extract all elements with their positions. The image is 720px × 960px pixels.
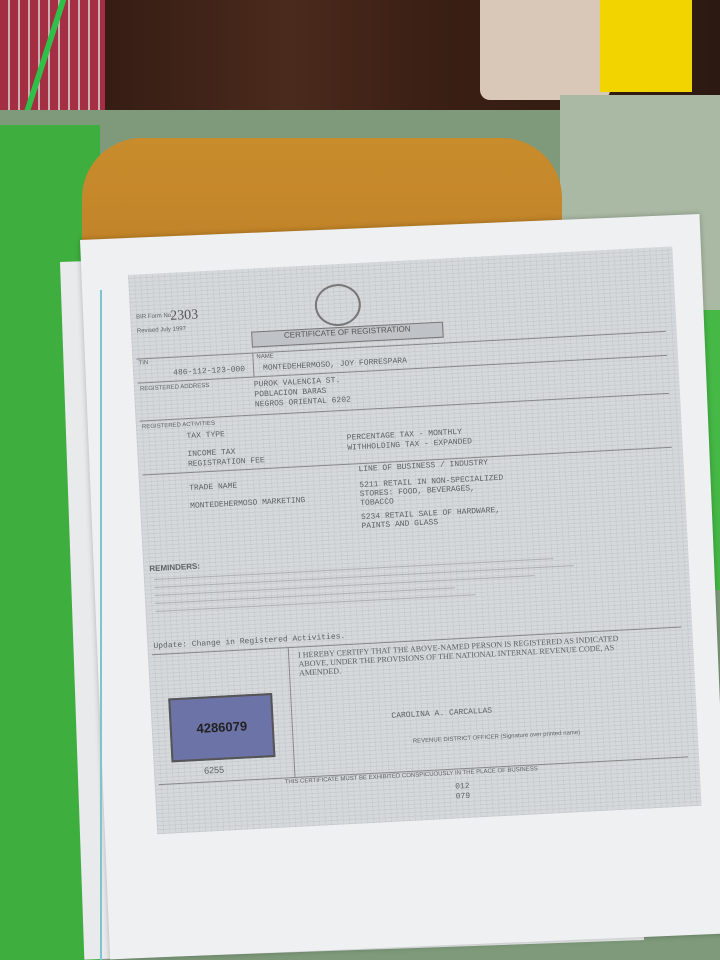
certify-text: I HEREBY CERTIFY THAT THE ABOVE-NAMED PE… xyxy=(298,633,629,677)
lob-item: 5234 RETAIL SALE OF HARDWARE, PAINTS AND… xyxy=(361,505,512,531)
handwritten-number: 6255 xyxy=(204,765,225,776)
officer-label: REVENUE DISTRICT OFFICER (Signature over… xyxy=(413,730,581,745)
activities-label: REGISTERED ACTIVITIES xyxy=(142,421,215,431)
rice-sack xyxy=(480,0,610,100)
rdo-code: 012 xyxy=(455,782,470,792)
tax-type-label: TAX TYPE xyxy=(186,430,225,441)
reminders-label: REMINDERS: xyxy=(149,562,200,574)
lob-label: LINE OF BUSINESS / INDUSTRY xyxy=(358,458,488,474)
yellow-package xyxy=(600,0,692,92)
form-label: BIR Form No. xyxy=(136,313,173,321)
red-basket xyxy=(0,0,105,125)
tin-label: TIN xyxy=(138,360,148,366)
tin-value: 486-112-123-000 xyxy=(173,365,245,378)
address-label: REGISTERED ADDRESS xyxy=(140,383,210,393)
documentary-stamp: 4286079 xyxy=(168,693,275,762)
trade-name-value: MONTEDEHERMOSO MARKETING xyxy=(190,496,306,511)
lob-item: 5211 RETAIL IN NON-SPECIALIZED STORES: F… xyxy=(359,473,510,508)
margin-line xyxy=(100,290,102,960)
revision: Revised July 1997 xyxy=(137,326,186,335)
rdo-code: 079 xyxy=(456,792,471,802)
certificate-of-registration: BIR Form No. 2303 Revised July 1997 CERT… xyxy=(128,246,702,834)
stamp-number: 4286079 xyxy=(196,718,247,736)
signatory-name: CAROLINA A. CARCALLAS xyxy=(391,707,492,721)
trade-name-label: TRADE NAME xyxy=(189,482,237,494)
name-label: NAME xyxy=(256,353,274,360)
bir-seal-icon xyxy=(314,283,362,327)
form-number: 2303 xyxy=(170,307,199,324)
